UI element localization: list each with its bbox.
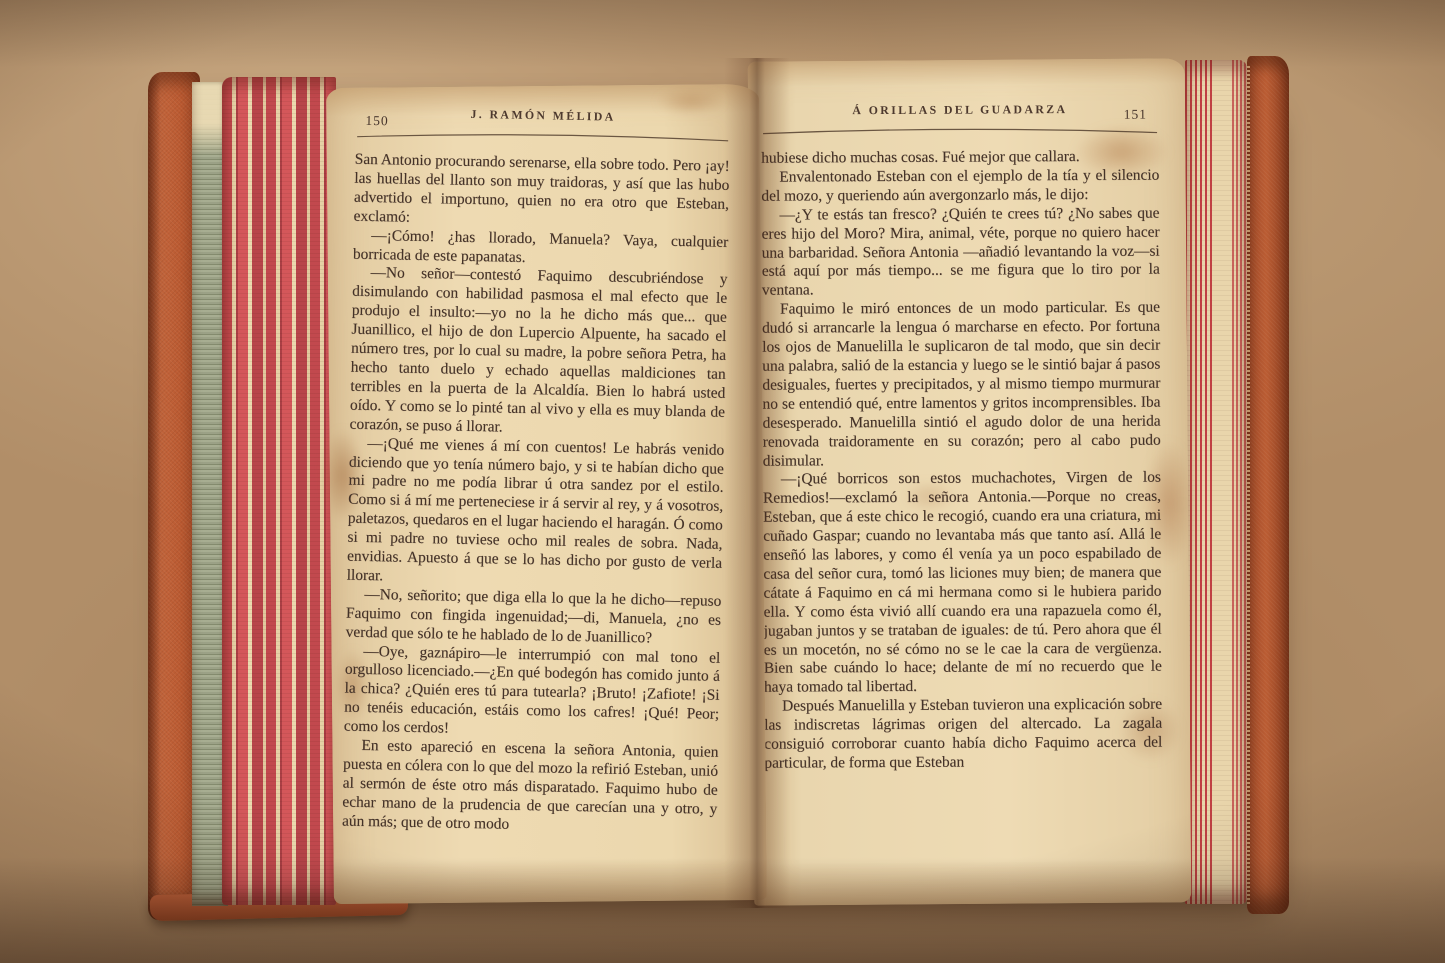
paragraph: San Antonio procurando serenarse, ella s… [353,151,729,234]
paragraph: —¡Qué borricos son estos muchachotes, Vi… [763,469,1162,698]
paragraph: En esto apareció en escena la señora Ant… [342,737,719,839]
open-book: 150 J. RAMÓN MÉLIDA San Antonio procuran… [148,52,1290,920]
paragraph: —No, señorito; que diga ella lo que la h… [345,585,721,649]
paragraph: —No señor—contestó Faquimo descubriéndos… [349,264,727,441]
paragraph: —¡Qué me vienes á mí con cuentos! Le hab… [347,434,725,592]
left-page-number: 150 [365,113,389,129]
book-photograph: 150 J. RAMÓN MÉLIDA San Antonio procuran… [0,0,1445,963]
paragraph: Después Manuelilla y Esteban tuvieron un… [764,696,1162,774]
right-page: Á ORILLAS DEL GUADARZA 151 hubiese dicho… [748,58,1192,905]
paragraph: Envalentonado Esteban con el ejemplo de … [761,166,1159,206]
right-running-header: Á ORILLAS DEL GUADARZA [761,102,1159,119]
right-page-header-row: Á ORILLAS DEL GUADARZA 151 [761,102,1159,126]
paragraph: hubiese dicho muchas cosas. Fué mejor qu… [761,148,1159,169]
paragraph: —Oye, gaznápiro—le interrumpió con mal t… [344,642,721,744]
right-page-number: 151 [1124,107,1147,123]
right-fore-edge-stripes [1185,60,1247,904]
header-rule [761,124,1159,138]
left-running-header: J. RAMÓN MÉLIDA [355,105,730,127]
left-page: 150 J. RAMÓN MÉLIDA San Antonio procuran… [326,84,767,904]
right-cover-edge [1247,56,1289,914]
paragraph: Faquimo le miró entonces de un modo part… [762,299,1161,471]
paragraph: —¿Y te estás tan fresco? ¿Quién te crees… [761,204,1159,301]
